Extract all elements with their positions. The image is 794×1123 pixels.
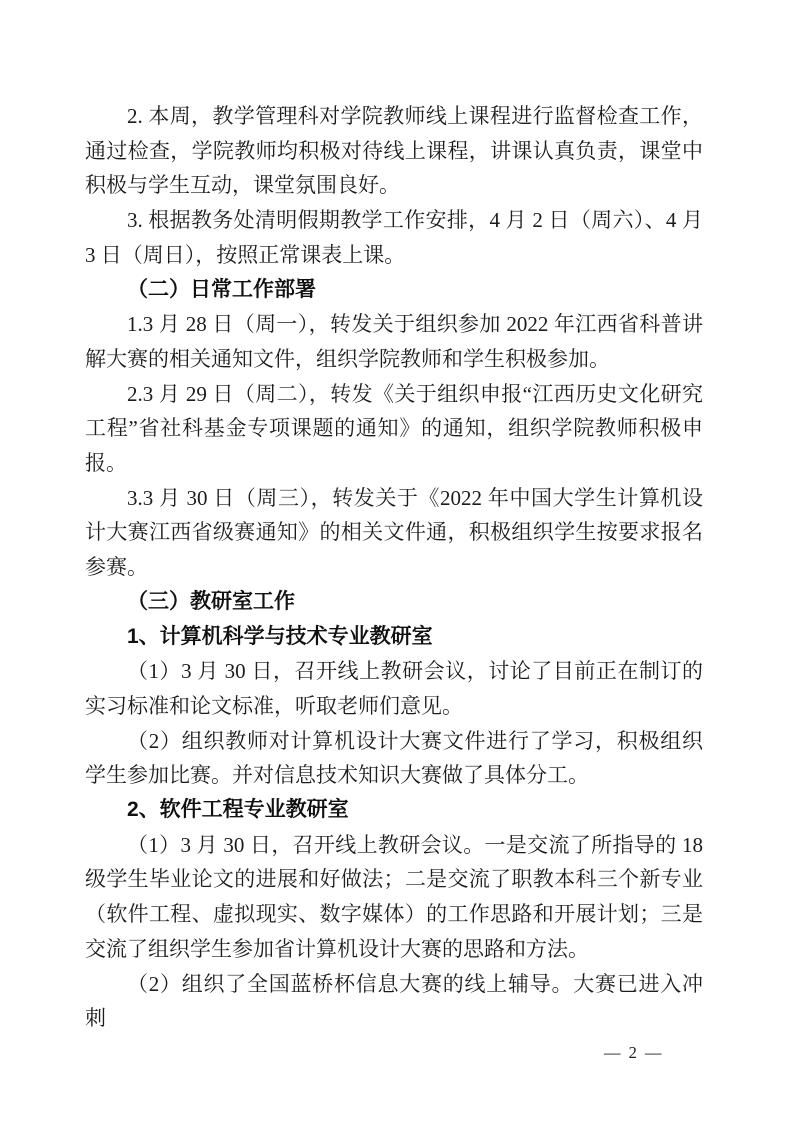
document-page: 2. 本周，教学管理科对学院教师线上课程进行监督检查工作，通过检查，学院教师均积…: [0, 0, 794, 1123]
paragraph-computer-design-contest-notice: 3.3 月 30 日（周三），转发关于《2022 年中国大学生计算机设计大赛江西…: [85, 481, 703, 585]
paragraph-science-contest-notice: 1.3 月 28 日（周一），转发关于组织参加 2022 年江西省科普讲解大赛的…: [85, 307, 703, 376]
paragraph-supervision-check: 2. 本周，教学管理科对学院教师线上课程进行监督检查工作，通过检查，学院教师均积…: [85, 99, 703, 203]
subsection-heading-software-engineering: 2、软件工程专业教研室: [85, 793, 703, 828]
paragraph-lanqiao-contest-coaching: （2）组织了全国蓝桥杯信息大赛的线上辅导。大赛已进入冲刺: [85, 967, 703, 1036]
paragraph-se-online-meeting: （1）3 月 30 日，召开线上教研会议。一是交流了所指导的 18 级学生毕业论…: [85, 828, 703, 967]
subsection-heading-computer-science: 1、计算机科学与技术专业教研室: [85, 620, 703, 655]
section-heading-daily-work: （二）日常工作部署: [85, 273, 703, 308]
paragraph-holiday-schedule: 3. 根据教务处清明假期教学工作安排，4 月 2 日（周六）、4 月 3 日（周…: [85, 203, 703, 272]
paragraph-social-science-fund-notice: 2.3 月 29 日（周二），转发《关于组织申报“江西历史文化研究工程”省社科基…: [85, 377, 703, 481]
paragraph-cs-online-meeting: （1）3 月 30 日，召开线上教研会议，讨论了目前正在制订的实习标准和论文标准…: [85, 654, 703, 723]
section-heading-teaching-research-office: （三）教研室工作: [85, 585, 703, 620]
document-body: 2. 本周，教学管理科对学院教师线上课程进行监督检查工作，通过检查，学院教师均积…: [85, 99, 703, 1036]
page-number: — 2 —: [604, 1042, 664, 1064]
paragraph-cs-contest-study: （2）组织教师对计算机设计大赛文件进行了学习，积极组织学生参加比赛。并对信息技术…: [85, 724, 703, 793]
